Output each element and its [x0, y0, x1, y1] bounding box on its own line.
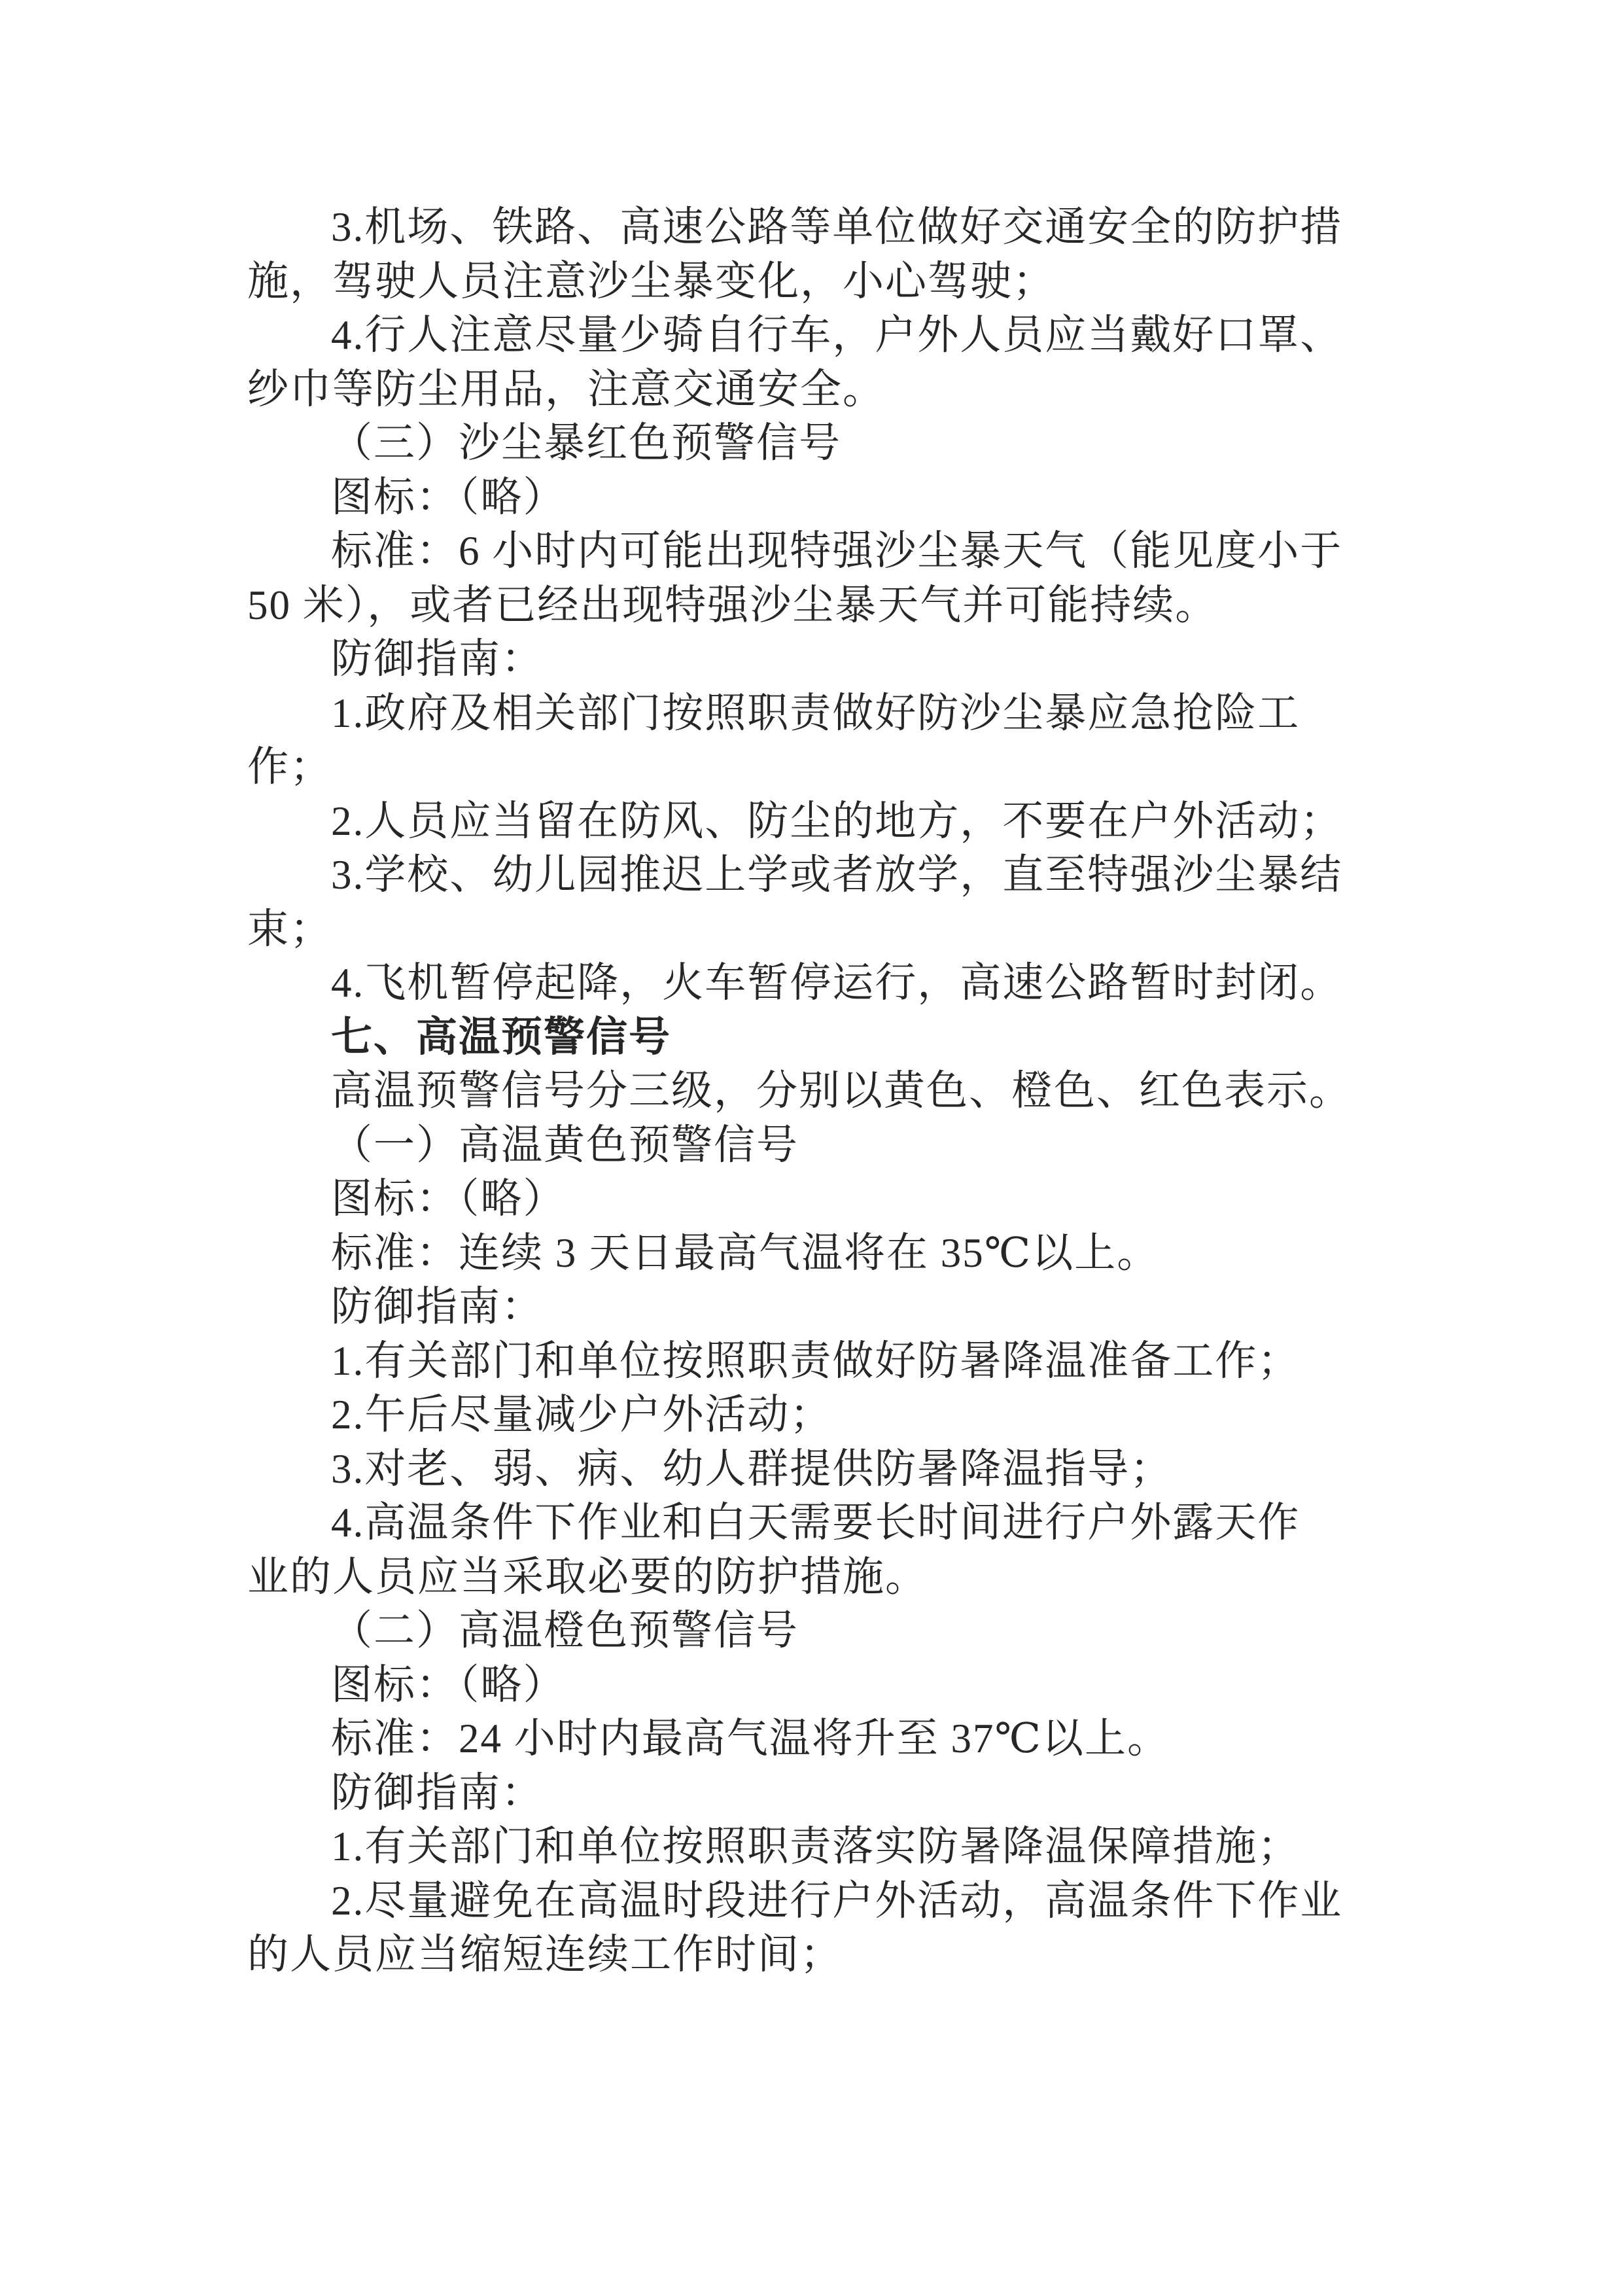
- text-line: 防御指南：: [247, 1280, 1382, 1334]
- text-block: 3.机场、铁路、高速公路等单位做好交通安全的防护措施，驾驶人员注意沙尘暴变化，小…: [247, 200, 1382, 1982]
- text-line: 2.午后尽量减少户外活动；: [247, 1388, 1382, 1442]
- text-line: 1.有关部门和单位按照职责落实防暑降温保障措施；: [247, 1820, 1382, 1874]
- text-line: 图标：（略）: [247, 1172, 1382, 1226]
- text-line: 2.人员应当留在防风、防尘的地方，不要在户外活动；: [247, 794, 1382, 849]
- text-line: 高温预警信号分三级，分别以黄色、橙色、红色表示。: [247, 1064, 1382, 1118]
- text-line: 3.机场、铁路、高速公路等单位做好交通安全的防护措: [247, 200, 1382, 255]
- text-line: 作；: [247, 740, 1382, 794]
- text-line: 防御指南：: [247, 1766, 1382, 1820]
- text-line: 标准：连续 3 天日最高气温将在 35℃以上。: [247, 1226, 1382, 1280]
- text-line: 图标：（略）: [247, 1658, 1382, 1712]
- text-line: 图标：（略）: [247, 470, 1382, 525]
- text-line: 4.飞机暂停起降，火车暂停运行，高速公路暂时封闭。: [247, 956, 1382, 1010]
- text-line: 标准：6 小时内可能出现特强沙尘暴天气（能见度小于: [247, 524, 1382, 578]
- text-line: 防御指南：: [247, 632, 1382, 686]
- text-line: 业的人员应当采取必要的防护措施。: [247, 1550, 1382, 1604]
- document-page: 3.机场、铁路、高速公路等单位做好交通安全的防护措施，驾驶人员注意沙尘暴变化，小…: [0, 0, 1623, 2296]
- text-line: 3.对老、弱、病、幼人群提供防暑降温指导；: [247, 1442, 1382, 1496]
- text-line: 2.尽量避免在高温时段进行户外活动，高温条件下作业: [247, 1874, 1382, 1928]
- text-line: （二）高温橙色预警信号: [247, 1604, 1382, 1658]
- text-line: 50 米），或者已经出现特强沙尘暴天气并可能持续。: [247, 578, 1382, 633]
- text-line: 施，驾驶人员注意沙尘暴变化，小心驾驶；: [247, 255, 1382, 309]
- text-line: 3.学校、幼儿园推迟上学或者放学，直至特强沙尘暴结: [247, 848, 1382, 902]
- text-line: 1.有关部门和单位按照职责做好防暑降温准备工作；: [247, 1334, 1382, 1388]
- text-line: 标准：24 小时内最高气温将升至 37℃以上。: [247, 1712, 1382, 1766]
- text-line: 4.行人注意尽量少骑自行车，户外人员应当戴好口罩、: [247, 308, 1382, 362]
- text-line: （三）沙尘暴红色预警信号: [247, 416, 1382, 470]
- text-line: 束；: [247, 902, 1382, 957]
- text-line: 七、高温预警信号: [247, 1010, 1382, 1065]
- text-line: 的人员应当缩短连续工作时间；: [247, 1928, 1382, 1982]
- text-line: （一）高温黄色预警信号: [247, 1118, 1382, 1173]
- text-line: 1.政府及相关部门按照职责做好防沙尘暴应急抢险工: [247, 686, 1382, 741]
- text-line: 纱巾等防尘用品，注意交通安全。: [247, 362, 1382, 417]
- text-line: 4.高温条件下作业和白天需要长时间进行户外露天作: [247, 1496, 1382, 1550]
